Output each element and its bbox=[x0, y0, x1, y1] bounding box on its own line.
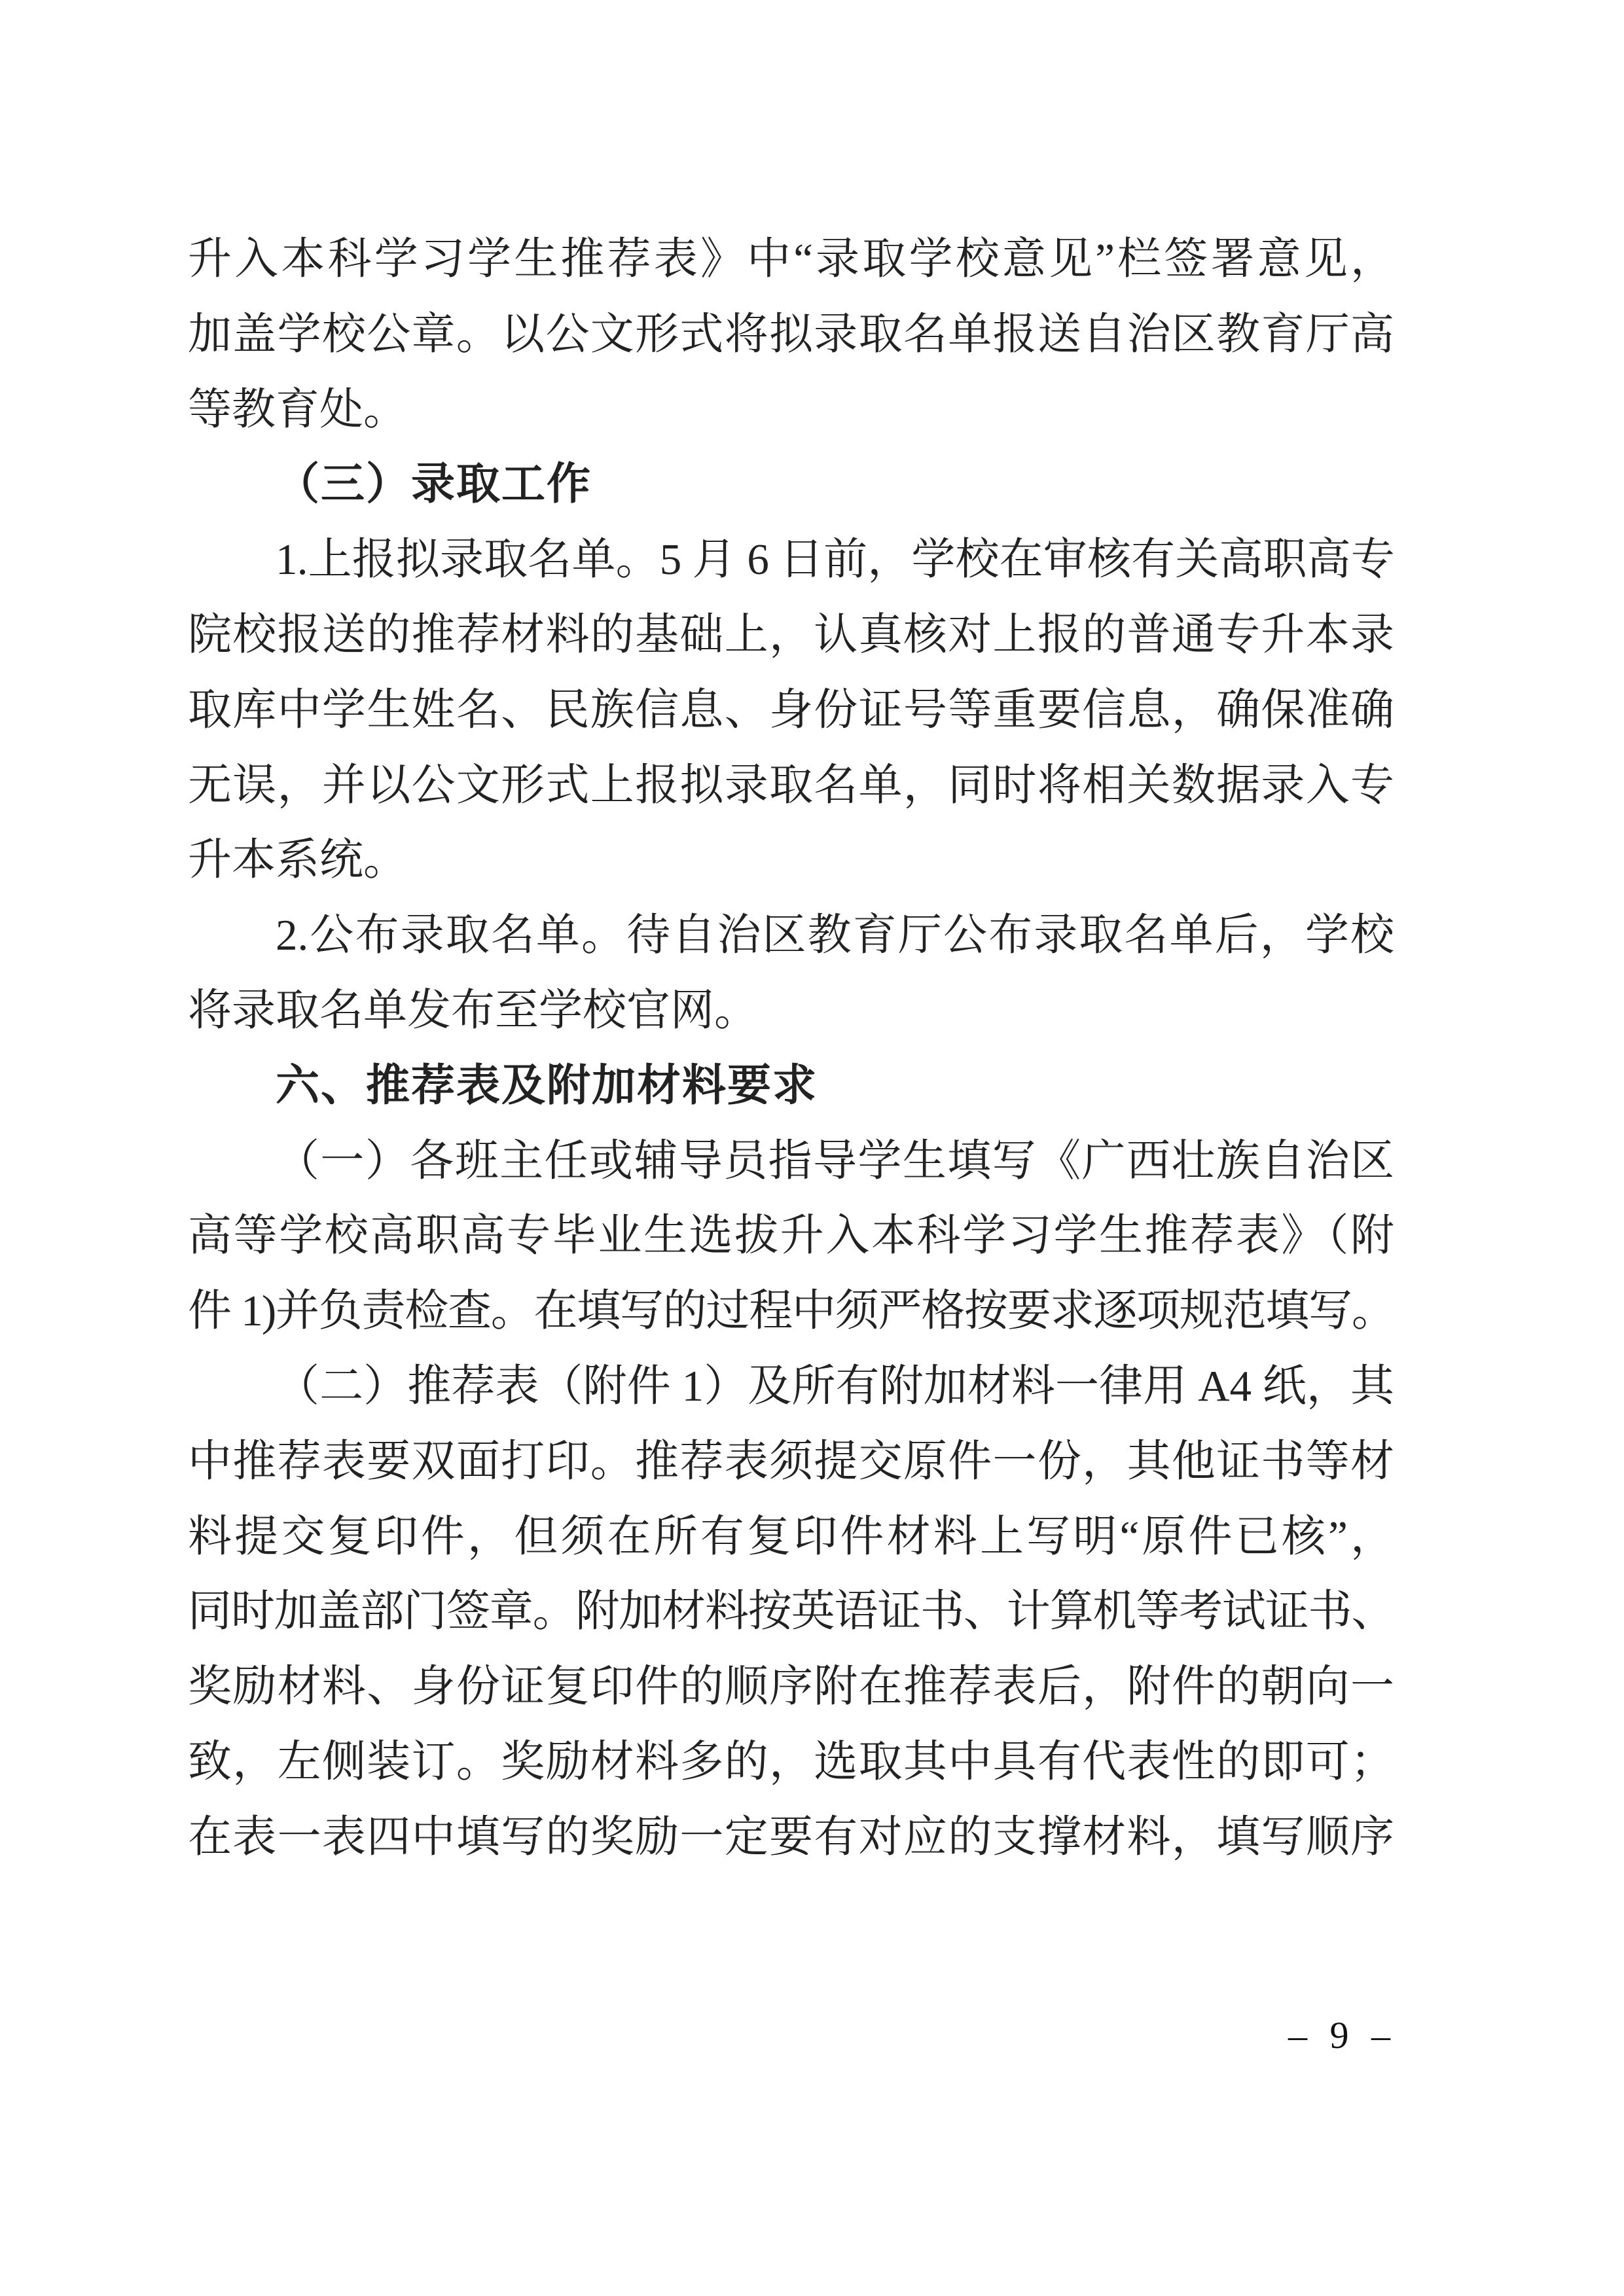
body-text-line: 致，左侧装订。奖励材料多的，选取其中具有代表性的即可； bbox=[188, 1725, 1394, 1800]
section-heading: 六、推荐表及附加材料要求 bbox=[188, 1049, 1394, 1124]
body-text-line: 加盖学校公章。以公文形式将拟录取名单报送自治区教育厅高 bbox=[188, 297, 1394, 372]
body-text-line: 中推荐表要双面打印。推荐表须提交原件一份，其他证书等材 bbox=[188, 1424, 1394, 1499]
section-heading: （三）录取工作 bbox=[188, 447, 1394, 522]
body-text-line: 无误，并以公文形式上报拟录取名单，同时将相关数据录入专 bbox=[188, 748, 1394, 823]
body-text-line: 升本系统。 bbox=[188, 823, 1394, 898]
body-text-line: （一）各班主任或辅导员指导学生填写《广西壮族自治区 bbox=[188, 1124, 1394, 1199]
document-body: 升入本科学习学生推荐表》中“录取学校意见”栏签署意见， 加盖学校公章。以公文形式… bbox=[188, 222, 1394, 1875]
body-text-line: 件 1)并负责检查。在填写的过程中须严格按要求逐项规范填写。 bbox=[188, 1274, 1394, 1349]
body-text-line: 料提交复印件，但须在所有复印件材料上写明“原件已核”， bbox=[188, 1499, 1394, 1575]
body-text-line: 1.上报拟录取名单。5 月 6 日前，学校在审核有关高职高专 bbox=[188, 522, 1394, 598]
body-text-line: 在表一表四中填写的奖励一定要有对应的支撑材料，填写顺序 bbox=[188, 1800, 1394, 1875]
body-text-line: 同时加盖部门签章。附加材料按英语证书、计算机等考试证书、 bbox=[188, 1574, 1394, 1649]
body-text-line: 奖励材料、身份证复印件的顺序附在推荐表后，附件的朝向一 bbox=[188, 1649, 1394, 1725]
body-text-line: 高等学校高职高专毕业生选拔升入本科学习学生推荐表》（附 bbox=[188, 1198, 1394, 1274]
page-number: – 9 – bbox=[1288, 2015, 1392, 2056]
body-text-line: 等教育处。 bbox=[188, 372, 1394, 448]
body-text-line: （二）推荐表（附件 1）及所有附加材料一律用 A4 纸，其 bbox=[188, 1349, 1394, 1424]
body-text-line: 2.公布录取名单。待自治区教育厅公布录取名单后，学校 bbox=[188, 898, 1394, 973]
body-text-line: 升入本科学习学生推荐表》中“录取学校意见”栏签署意见， bbox=[188, 222, 1394, 297]
body-text-line: 将录取名单发布至学校官网。 bbox=[188, 973, 1394, 1049]
body-text-line: 院校报送的推荐材料的基础上，认真核对上报的普通专升本录 bbox=[188, 598, 1394, 673]
body-text-line: 取库中学生姓名、民族信息、身份证号等重要信息，确保准确 bbox=[188, 673, 1394, 748]
